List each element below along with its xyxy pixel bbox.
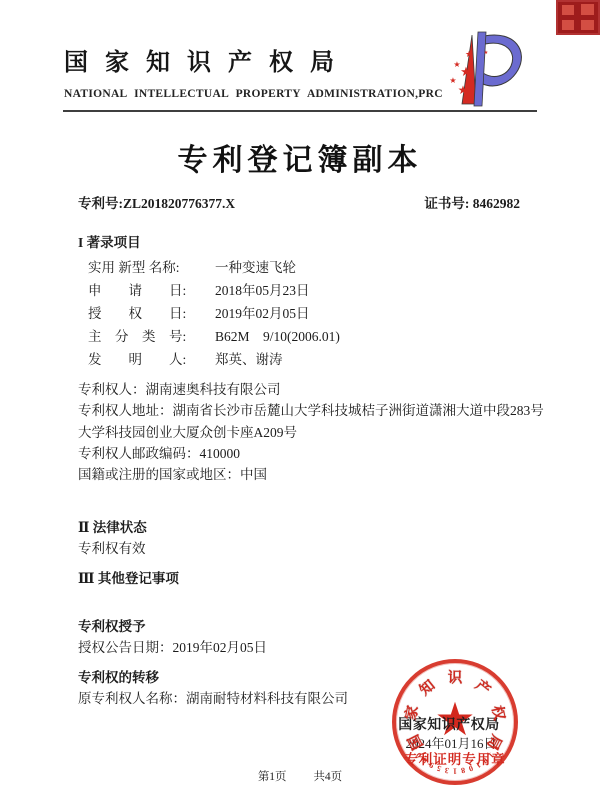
seal-serial-char: 3 [444,766,449,776]
field-value: 2019年02月05日 [215,302,310,325]
svg-text:★: ★ [484,50,489,56]
field-value: B62M 9/10(2006.01) [215,325,340,348]
header-divider [63,110,537,112]
agency-name-cn: 国家知识产权局 [64,42,351,77]
fields-table: 实用 新型 名称:一种变速飞轮申 请 日:2018年05月23日授 权 日:20… [88,256,340,371]
grant-date-line: 授权公告日期：2019年02月05日 [78,636,267,656]
field-value: 郑英、谢涛 [215,348,283,371]
svg-text:★: ★ [458,83,469,97]
holder-line: 专利权人地址：湖南省长沙市岳麓山大学科技城桔子洲街道潇湘大道中段283号大学科技… [78,400,547,443]
patent-number: 专利号:ZL201820776377.X [78,192,235,212]
transfer-original-holder: 原专利权人名称：湖南耐特材料科技有限公司 [78,687,348,707]
agency-name-en: NATIONAL INTELLECTUAL PROPERTY ADMINISTR… [64,88,443,100]
field-label: 申 请 日: [88,279,215,302]
holder-line: 国籍或注册的国家或地区：中国 [78,464,547,485]
field-label: 实用 新型 名称: [88,256,215,279]
section2-heading: Ⅱ 法律状态 [78,516,147,536]
seal-serial-char: 1 [453,767,457,776]
section1-heading: I 著录项目 [78,231,141,251]
field-label: 发 明 人: [88,348,215,371]
field-row: 主 分 类 号:B62M 9/10(2006.01) [88,325,340,348]
grant-heading: 专利权授予 [78,615,146,635]
svg-text:★: ★ [460,64,472,79]
document-title: 专利登记簿副本 [0,135,600,179]
field-row: 实用 新型 名称:一种变速飞轮 [88,256,340,279]
svg-text:★: ★ [465,49,473,59]
field-row: 申 请 日:2018年05月23日 [88,279,340,302]
meta-row: 专利号:ZL201820776377.X 证书号: 8462982 [78,192,520,212]
patent-holder-block: 专利权人：湖南速奥科技有限公司专利权人地址：湖南省长沙市岳麓山大学科技城桔子洲街… [78,379,547,485]
field-value: 一种变速飞轮 [215,256,296,279]
official-round-seal: ★ 国家知识产权局 2024年01月16日 专利证明专用章 国家知识产权局110… [392,659,518,785]
page-total: 共4页 [313,771,342,783]
patent-register-document: 国家知识产权局 NATIONAL INTELLECTUAL PROPERTY A… [0,0,600,800]
field-label: 主 分 类 号: [88,325,215,348]
page-number: 第1页 [258,771,287,783]
cnipa-logo-icon: ★ ★ ★ ★ ★ ★ [448,26,534,110]
corner-seal-icon [556,0,600,35]
section3-heading: Ⅲ 其他登记事项 [78,567,179,587]
field-label: 授 权 日: [88,302,215,325]
page-footer: 第1页 共4页 [0,768,600,784]
seal-arc-char: 识 [448,667,463,688]
holder-line: 专利权人邮政编码：410000 [78,443,547,464]
field-row: 授 权 日:2019年02月05日 [88,302,340,325]
holder-line: 专利权人：湖南速奥科技有限公司 [78,379,547,400]
field-value: 2018年05月23日 [215,279,310,302]
certificate-number: 证书号: 8462982 [424,192,520,212]
field-row: 发 明 人:郑英、谢涛 [88,348,340,371]
transfer-heading: 专利权的转移 [78,666,159,686]
svg-text:★: ★ [449,76,456,85]
legal-status: 专利权有效 [78,537,146,557]
